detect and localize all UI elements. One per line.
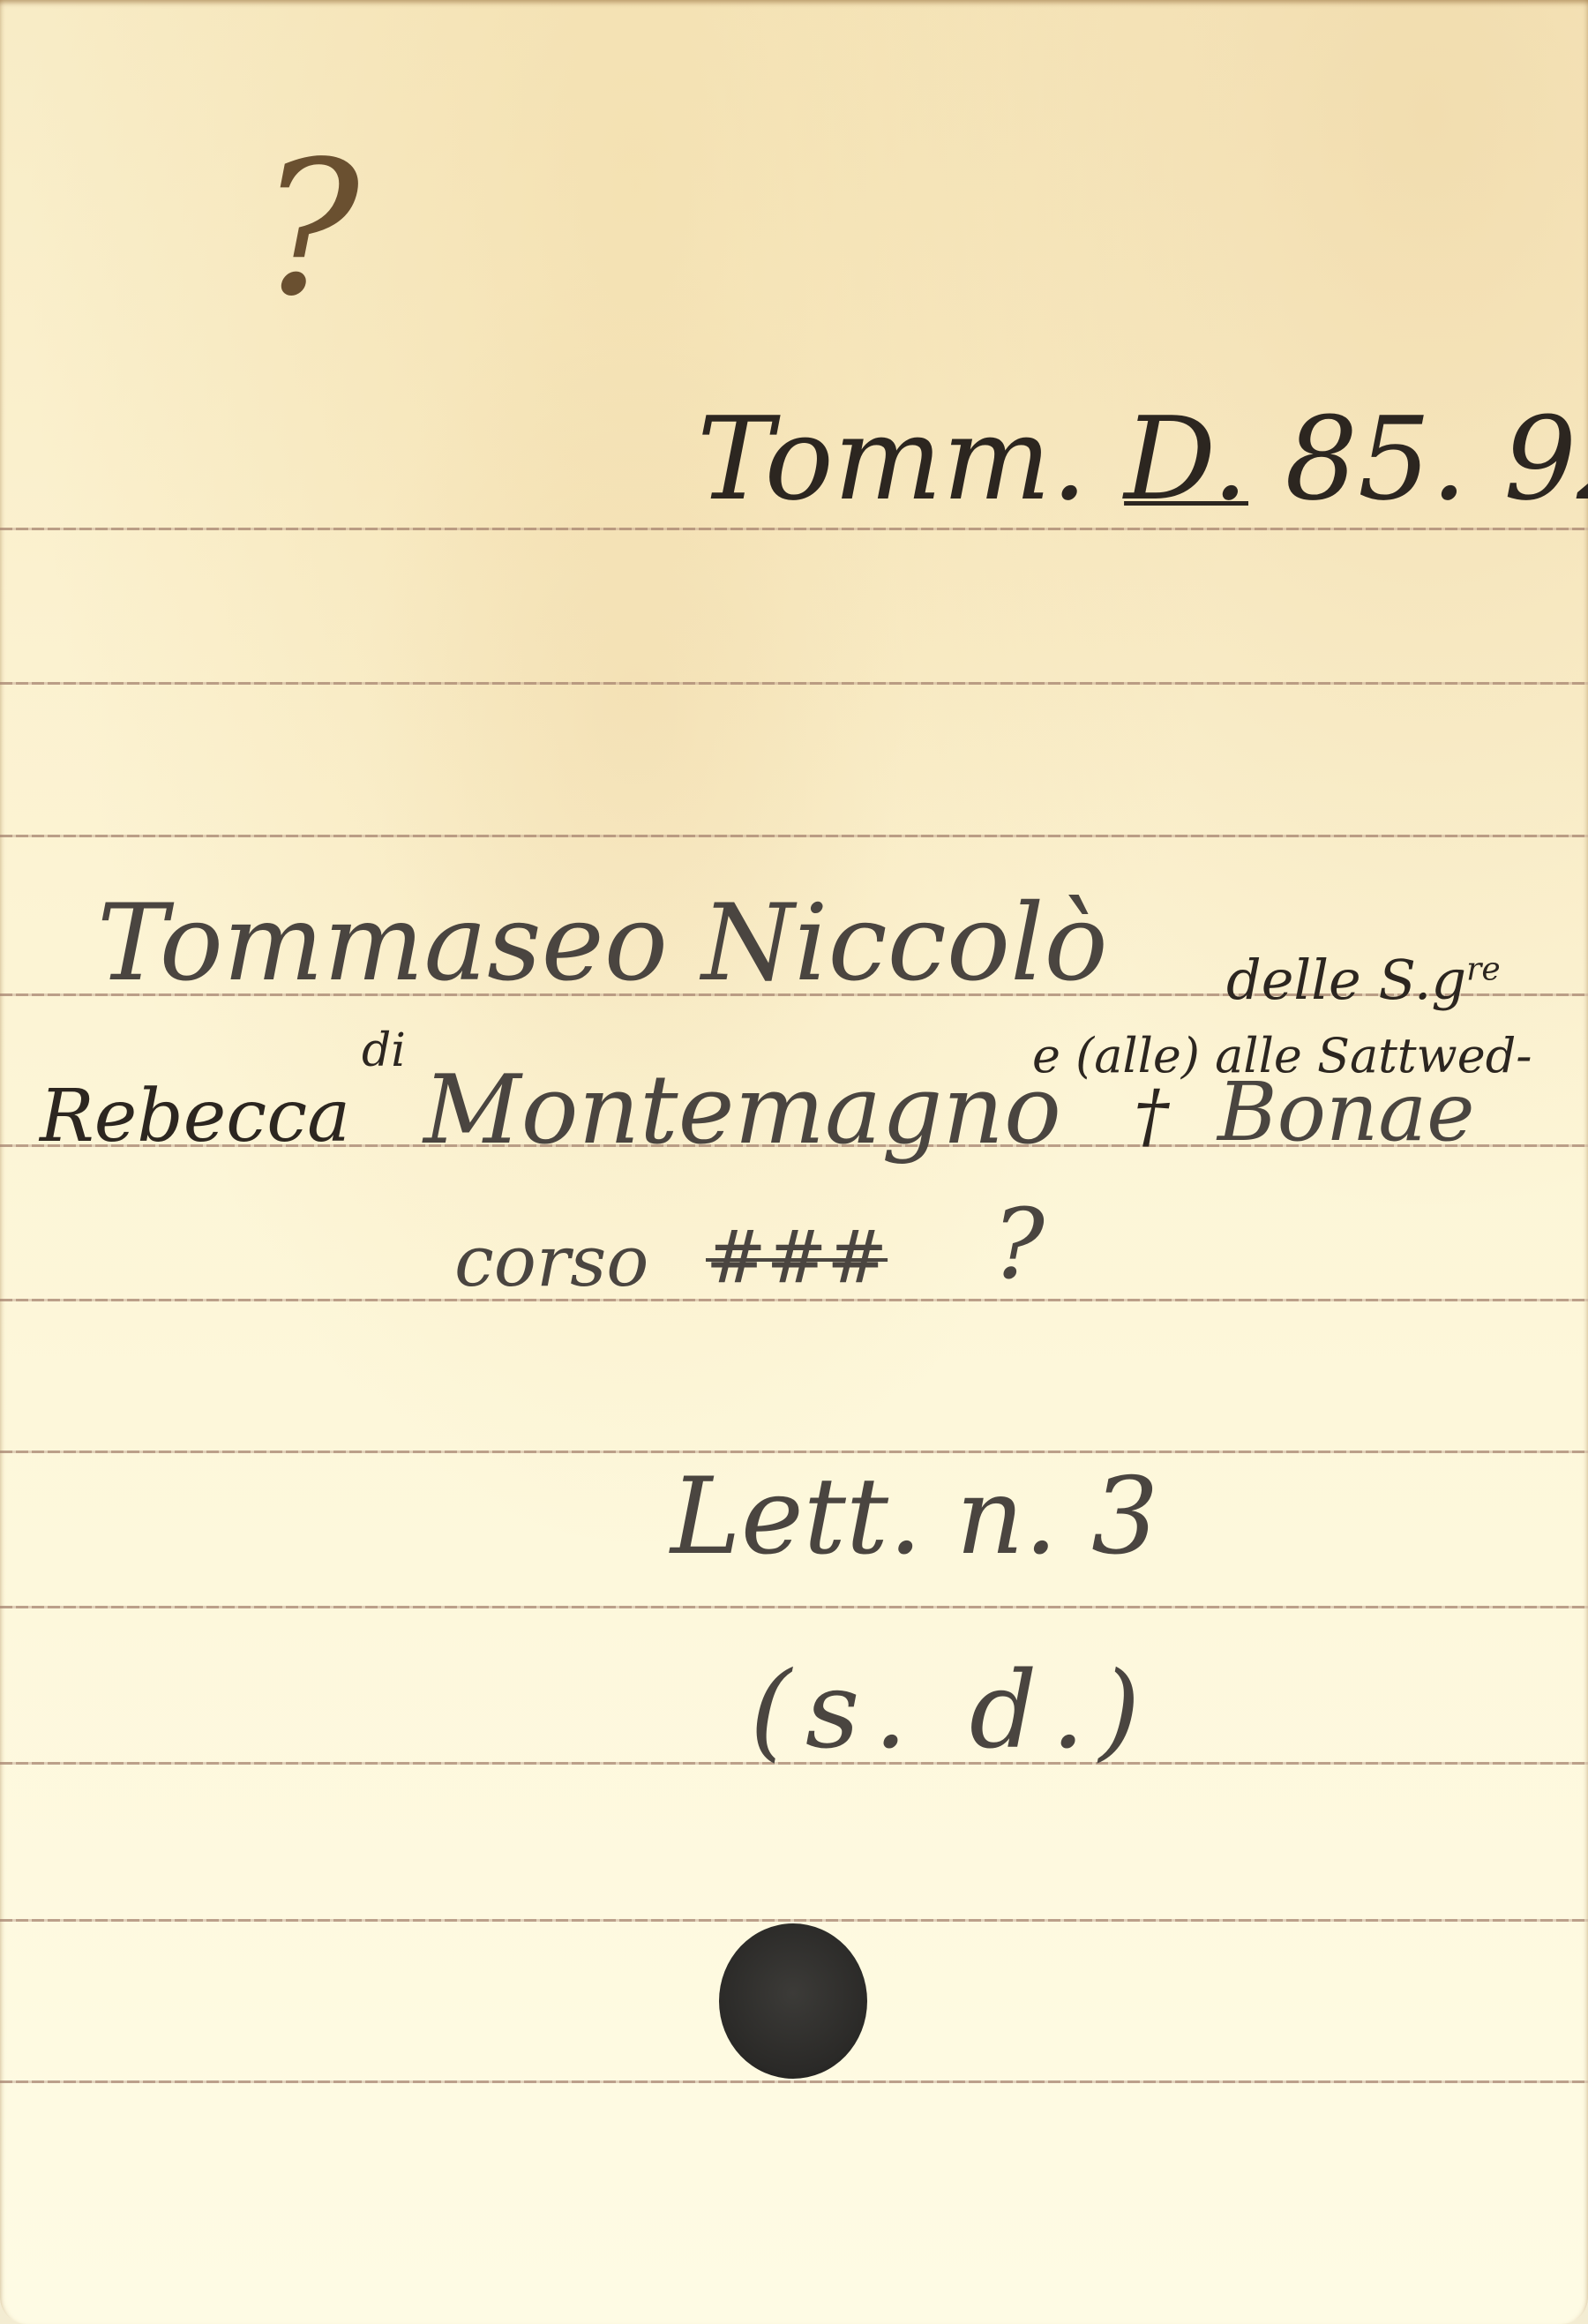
entry-surname: Montemagno [423,1063,1061,1158]
index-card: ? Tomm. D. 85. 92 Tommaseo Niccolò delle… [0,0,1588,2324]
struck-out-text: ### [706,1222,888,1294]
query-mark: ? [992,1196,1045,1293]
rule-line [0,835,1588,837]
annotation-superscript: re [1466,951,1501,987]
rule-line [0,2080,1588,2083]
interlinear-di: di [362,1028,406,1074]
entry-first-name: Rebecca [40,1081,350,1153]
entry-name: Tommaseo Niccolò [97,891,1108,997]
shelfmark-prefix: Tomm. [697,392,1088,526]
rule-line [0,682,1588,685]
shelfmark: Tomm. D. 85. 92 [697,401,1588,516]
annotation-text: delle S.g [1226,948,1466,1012]
rule-line [0,1451,1588,1453]
rule-line [0,1919,1588,1922]
entry-extra: Bonae [1217,1072,1475,1153]
cross-mark: † [1134,1081,1169,1151]
filing-punch-hole [719,1923,867,2079]
rule-line [0,1606,1588,1608]
date-note: (s. d.) [750,1659,1154,1765]
rule-line [0,528,1588,530]
entry-corso: corso [454,1226,648,1297]
top-query-mark: ? [260,137,360,322]
letters-count: Lett. n. 3 [670,1465,1158,1571]
shelfmark-series: D. [1124,392,1248,526]
shelfmark-numbers: 85. 92 [1285,392,1588,526]
entry-annotation: delle S.gre [1226,953,1501,1008]
